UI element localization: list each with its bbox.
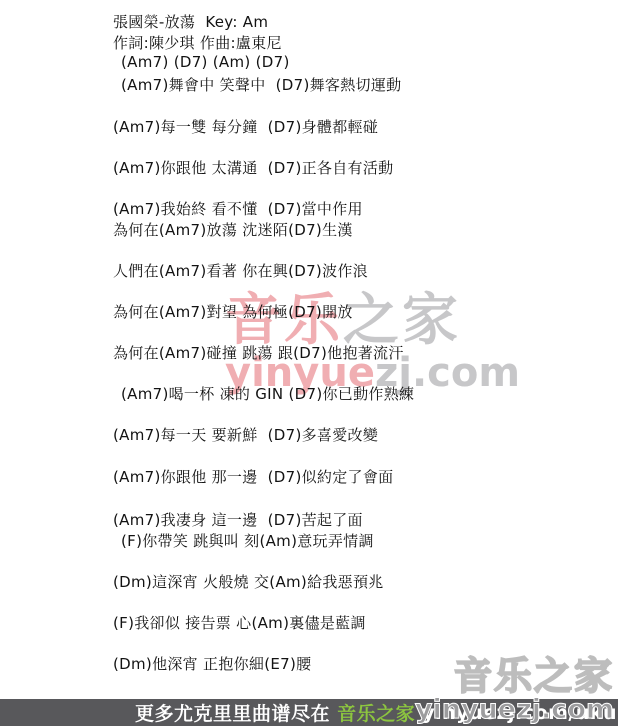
lyric-line: (Am7)你跟他 那一邊 (D7)似約定了會面 bbox=[113, 466, 393, 487]
corner-watermark: 音乐之家 yinyuezj.com bbox=[415, 657, 614, 723]
footer-brand-text: 音乐之家 bbox=[337, 699, 415, 726]
lyric-line: (Am7)我始終 看不懂 (D7)當中作用 bbox=[113, 198, 363, 219]
lyric-line: (Am7)舞會中 笑聲中 (D7)舞客熱切運動 bbox=[121, 74, 401, 95]
footer-prefix-text: 更多尤克里里曲谱尽在 bbox=[135, 699, 337, 726]
lyric-line: (Am7)喝一杯 凍的 GIN (D7)你已動作熟練 bbox=[121, 383, 414, 404]
lyric-line: (Am7)每一天 要新鮮 (D7)多喜愛改變 bbox=[113, 424, 378, 445]
lyric-line: 為何在(Am7)對望 為何極(D7)開放 bbox=[113, 301, 353, 322]
lyric-line: 人們在(Am7)看著 你在興(D7)波作浪 bbox=[113, 260, 368, 281]
corner-watermark-brand: 音乐之家 bbox=[415, 657, 614, 695]
corner-watermark-url: yinyuezj.com bbox=[415, 696, 614, 723]
song-credits-line: 作詞:陳少琪 作曲:盧東尼 bbox=[113, 32, 282, 53]
lyric-line: (Am7)我凄身 這一邊 (D7)苦起了面 bbox=[113, 509, 363, 530]
lyric-line: (F)我卻似 接告票 心(Am)裏儘是藍調 bbox=[113, 612, 366, 633]
lyric-line: 為何在(Am7)碰撞 跳蕩 跟(D7)他抱著流汗 bbox=[113, 342, 404, 363]
lyric-line: (F)你帶笑 跳與叫 刻(Am)意玩弄情調 bbox=[121, 530, 374, 551]
lyric-line: (Dm)這深宵 火般燒 交(Am)給我惡預兆 bbox=[113, 571, 384, 592]
lyric-line: (Dm)他深宵 正抱你細(E7)腰 bbox=[113, 653, 311, 674]
chord-intro-line: (Am7) (D7) (Am) (D7) bbox=[121, 53, 290, 71]
lyric-line: 為何在(Am7)放蕩 沈迷陌(D7)生漢 bbox=[113, 219, 353, 240]
song-title-line: 張國榮-放蕩 Key: Am bbox=[113, 11, 268, 32]
lyric-line: (Am7)你跟他 太溝通 (D7)正各自有活動 bbox=[113, 157, 393, 178]
lyric-line: (Am7)每一雙 每分鐘 (D7)身體都輕碰 bbox=[113, 116, 378, 137]
song-sheet-page: 音乐之家 yinyuezj.com 張國榮-放蕩 Key: Am 作詞:陳少琪 … bbox=[0, 0, 618, 726]
